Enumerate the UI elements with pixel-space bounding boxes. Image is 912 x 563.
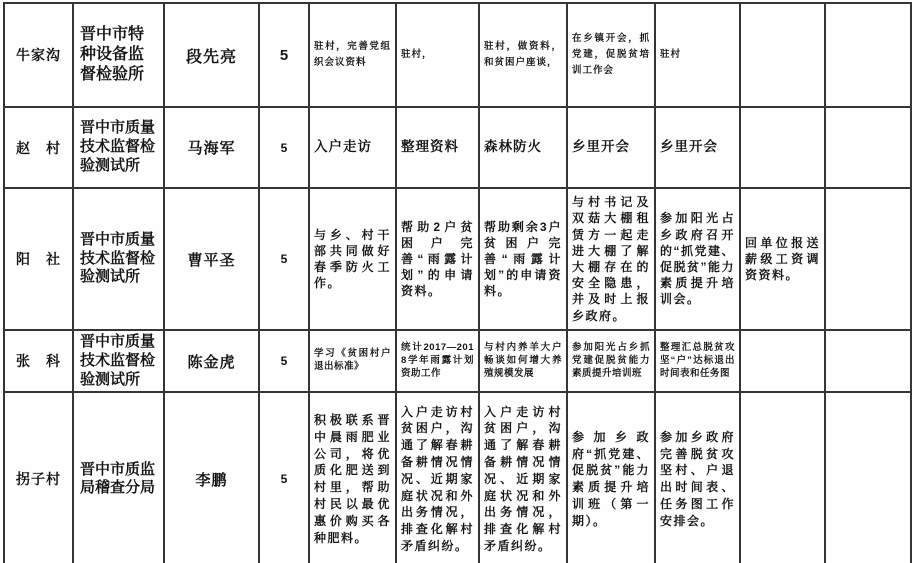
task-cell: 森林防火 [479,107,567,188]
village-work-log-table: 牛家沟晋中市特种设备监督检验所段先亮5驻村，完善党组织会议资料驻村，驻村，做资料… [3,2,912,563]
village-cell: 赵 村 [4,107,73,188]
person-name-cell: 陈金虎 [164,330,259,392]
org-cell: 晋中市质量技术监督检验测试所 [73,330,164,392]
count-cell: 5 [259,3,309,107]
task-cell: 参加阳光占乡政府召开的“抓党建、促脱贫”能力素质提升培训会。 [655,188,740,330]
task-cell: 整理汇总脱贫攻坚“户”达标退出时间表和任务图 [655,330,740,392]
empty-cell [825,188,911,330]
count-cell: 5 [259,392,309,563]
task-cell: 统计2017—2018学年雨露计划资助工作 [396,330,479,392]
task-cell: 入户走访 [309,107,396,188]
task-cell: 入户走访村贫困户，沟通了解春耕备耕情况情况、近期家庭状况和外出务情况，排查化解村… [396,392,479,563]
task-cell: 学习《贫困村户退出标准》 [309,330,396,392]
village-cell: 阳 社 [4,188,73,330]
task-cell: 乡里开会 [655,107,740,188]
empty-cell [740,392,825,563]
task-cell: 驻村，完善党组织会议资料 [309,3,396,107]
org-cell: 晋中市质监局稽查分局 [73,392,164,563]
empty-cell [825,3,911,107]
task-cell: 与村内养羊大户畅谈如何增大养殖规模发展 [479,330,567,392]
table-row: 阳 社晋中市质量技术监督检验测试所曹平圣5与乡、村干部共同做好春季防火工作。帮助… [4,188,911,330]
village-cell: 张 科 [4,330,73,392]
scanned-document-page: 牛家沟晋中市特种设备监督检验所段先亮5驻村，完善党组织会议资料驻村，驻村，做资料… [0,0,912,563]
empty-cell [740,330,825,392]
empty-cell [740,107,825,188]
task-cell: 帮助剩余3户贫困户完善“雨露计划”的申请资料。 [479,188,567,330]
task-cell: 与村书记及双菇大棚租赁方一起走进大棚了解大棚存在的安全隐患，并及时上报乡政府。 [567,188,655,330]
task-cell: 在乡镇开会，抓党建，促脱贫培训工作会 [567,3,655,107]
person-name-cell: 曹平圣 [164,188,259,330]
person-name-cell: 马海军 [164,107,259,188]
empty-cell [740,3,825,107]
org-cell: 晋中市质量技术监督检验测试所 [73,107,164,188]
count-cell: 5 [259,188,309,330]
empty-cell [825,107,911,188]
table-row: 牛家沟晋中市特种设备监督检验所段先亮5驻村，完善党组织会议资料驻村，驻村，做资料… [4,3,911,107]
task-cell: 参加阳光占乡抓党建促脱贫能力素质提升培训班 [567,330,655,392]
task-cell: 驻村 [655,3,740,107]
village-cell: 牛家沟 [4,3,73,107]
task-cell: 帮助2户贫困户完善“雨露计划”的申请资料。 [396,188,479,330]
org-cell: 晋中市质量技术监督检验测试所 [73,188,164,330]
task-cell: 入户走访村贫困户，沟通了解春耕备耕情况情况、近期家庭状况和外出务情况，排查化解村… [479,392,567,563]
table-body: 牛家沟晋中市特种设备监督检验所段先亮5驻村，完善党组织会议资料驻村，驻村，做资料… [4,3,911,563]
task-cell: 参加乡政府“抓党建、促脱贫”能力素质提升培训班（第一期）。 [567,392,655,563]
person-name-cell: 李鹏 [164,392,259,563]
empty-cell [825,392,911,563]
task-cell: 驻村， [396,3,479,107]
task-cell: 乡里开会 [567,107,655,188]
count-cell: 5 [259,107,309,188]
village-cell: 拐子村 [4,392,73,563]
task-cell: 参加乡政府完善脱贫攻坚村、户退出时间表、任务图工作安排会。 [655,392,740,563]
task-cell: 驻村，做资料，和贫困户座谈， [479,3,567,107]
org-cell: 晋中市特种设备监督检验所 [73,3,164,107]
person-name-cell: 段先亮 [164,3,259,107]
table-row: 拐子村晋中市质监局稽查分局李鹏5积极联系晋中晨雨肥业公司，将优质化肥送到村里，帮… [4,392,911,563]
count-cell: 5 [259,330,309,392]
table-row: 赵 村晋中市质量技术监督检验测试所马海军5入户走访整理资料森林防火乡里开会乡里开… [4,107,911,188]
empty-cell [825,330,911,392]
task-cell: 回单位报送薪级工资调资资料。 [740,188,825,330]
task-cell: 与乡、村干部共同做好春季防火工作。 [309,188,396,330]
task-cell: 整理资料 [396,107,479,188]
table-row: 张 科晋中市质量技术监督检验测试所陈金虎5学习《贫困村户退出标准》统计2017—… [4,330,911,392]
task-cell: 积极联系晋中晨雨肥业公司，将优质化肥送到村里，帮助村民以最优惠价购买各种肥料。 [309,392,396,563]
